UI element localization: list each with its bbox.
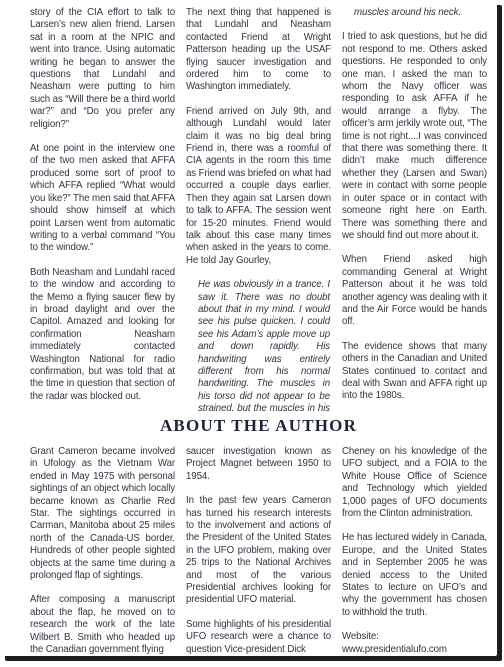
paragraph: When Friend asked high commanding Genera… [342,254,487,328]
document-page: story of the CIA effort to talk to Larse… [0,0,497,656]
paragraph: Friend arrived on July 9th, and although… [186,106,331,267]
about-column-1: Grant Cameron became involved in Ufology… [30,446,175,656]
paragraph: Cheney on his knowledge of the UFO subje… [342,446,487,520]
paragraph: Both Neasham and Lundahl raced to the wi… [30,267,175,403]
block-quote: He was obviously in a trance. I saw it. … [198,279,330,411]
about-column-2: saucer investigation known as Project Ma… [186,446,331,656]
paragraph: I tried to ask questions, but he did not… [342,31,487,242]
paragraph: Some highlights of his presidential UFO … [186,619,331,656]
paragraph: Grant Cameron became involved in Ufology… [30,446,175,582]
paragraph: The next thing that happened is that Lun… [186,7,331,94]
about-section: Grant Cameron became involved in Ufology… [30,446,487,656]
paragraph: In the past few years Cameron has turned… [186,495,331,607]
main-section: story of the CIA effort to talk to Larse… [30,7,487,411]
about-column-3: Cheney on his knowledge of the UFO subje… [342,446,487,656]
paragraph: He has lectured widely in Canada, Europe… [342,532,487,619]
paragraph: saucer investigation known as Project Ma… [186,446,331,483]
block-quote-continuation: muscles around his neck. [354,7,486,19]
website-url[interactable]: www.presidentialufo.com [342,644,487,656]
main-column-1: story of the CIA effort to talk to Larse… [30,7,175,411]
document-canvas: { "colors": { "background": "#ffffff", "… [0,0,504,667]
paragraph: At one point in the interview one of the… [30,143,175,255]
paragraph: story of the CIA effort to talk to Larse… [30,7,175,131]
website-label: Website: [342,631,487,643]
main-column-2: The next thing that happened is that Lun… [186,7,331,411]
main-column-3: muscles around his neck. I tried to ask … [342,7,487,411]
about-the-author-heading: ABOUT THE AUTHOR [30,416,487,436]
paragraph: The evidence shows that many others in t… [342,341,487,403]
paragraph: After composing a manuscript about the f… [30,594,175,656]
